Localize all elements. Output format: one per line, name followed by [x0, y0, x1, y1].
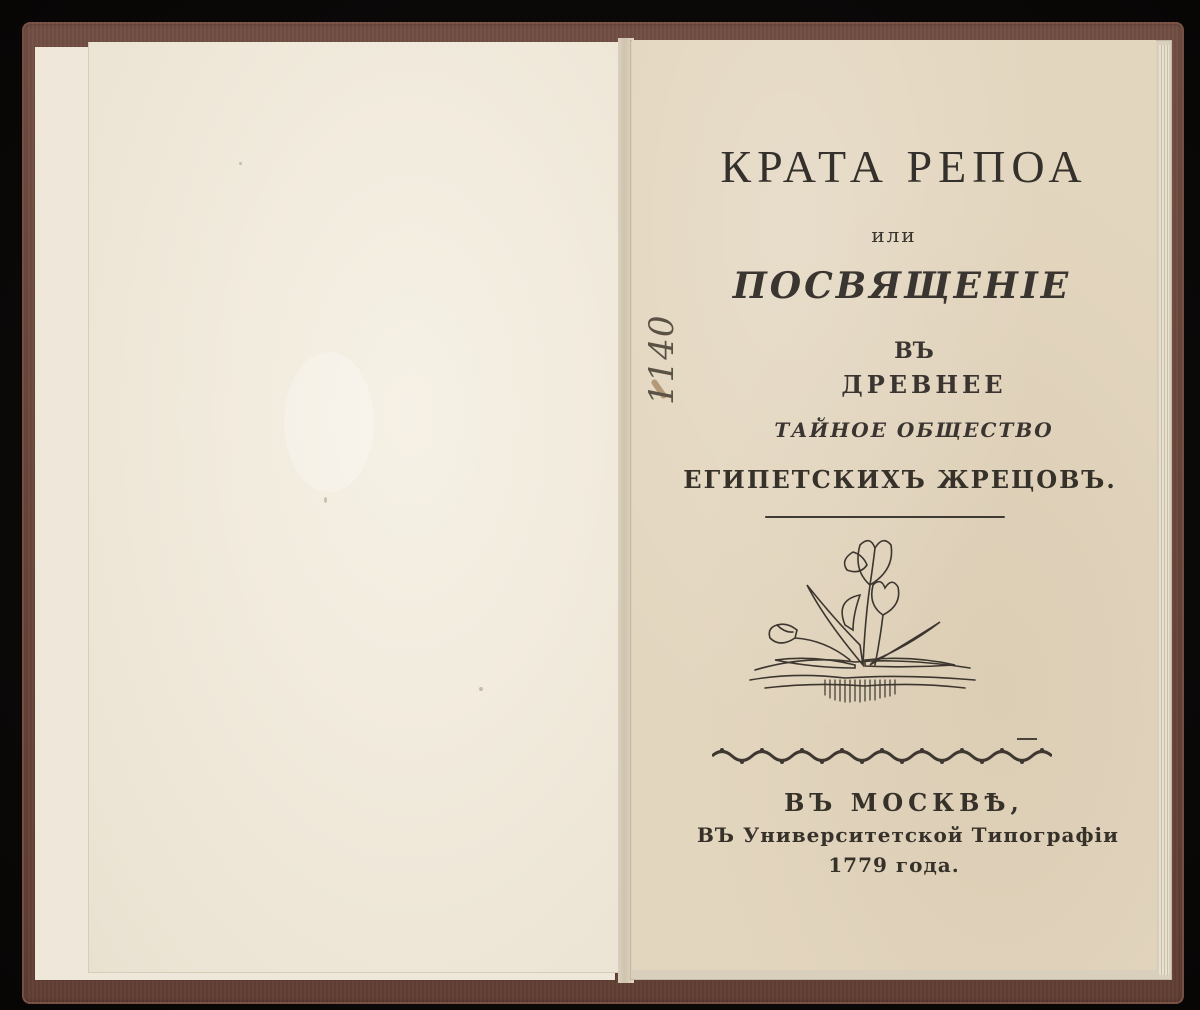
- woodcut-flower-icon: [735, 530, 985, 710]
- paper-speck: [479, 687, 483, 691]
- title-line-3: ЕГИПЕТСКИХЪ ЖРЕЦОВЪ.: [632, 465, 1162, 494]
- photo-stage: КРАТА РЕПОА или ПОСВЯЩЕНІЕ ВЪ ДРЕВНЕЕ ТА…: [0, 0, 1200, 1010]
- subtitle: ПОСВЯЩЕНІЕ: [632, 265, 1164, 307]
- title-connector: или: [632, 223, 1156, 247]
- ornamental-border-icon: [712, 745, 1052, 767]
- paper-speck: [324, 497, 327, 503]
- main-title: КРАТА РЕПОА: [632, 140, 1166, 193]
- handwritten-shelfmark: 1140: [642, 314, 682, 405]
- imprint-year: 1779 года.: [632, 853, 1156, 877]
- title-rule: [765, 516, 1005, 518]
- title-line-2: ТАЙНОЕ ОБЩЕСТВО: [632, 418, 1176, 442]
- left-flyleaf-page: [88, 42, 624, 973]
- title-page: КРАТА РЕПОА или ПОСВЯЩЕНІЕ ВЪ ДРЕВНЕЕ ТА…: [632, 40, 1156, 970]
- paper-speck: [239, 162, 242, 165]
- title-preposition: ВЪ: [632, 338, 1176, 364]
- imprint-printer: ВЪ Университетской Типографіи: [632, 823, 1170, 847]
- ornament-dash: [1017, 738, 1037, 740]
- flyleaf-watermark: [284, 352, 374, 492]
- imprint-place: ВЪ МОСКВѢ,: [632, 788, 1166, 817]
- title-line-1: ДРЕВНЕЕ: [632, 370, 1186, 399]
